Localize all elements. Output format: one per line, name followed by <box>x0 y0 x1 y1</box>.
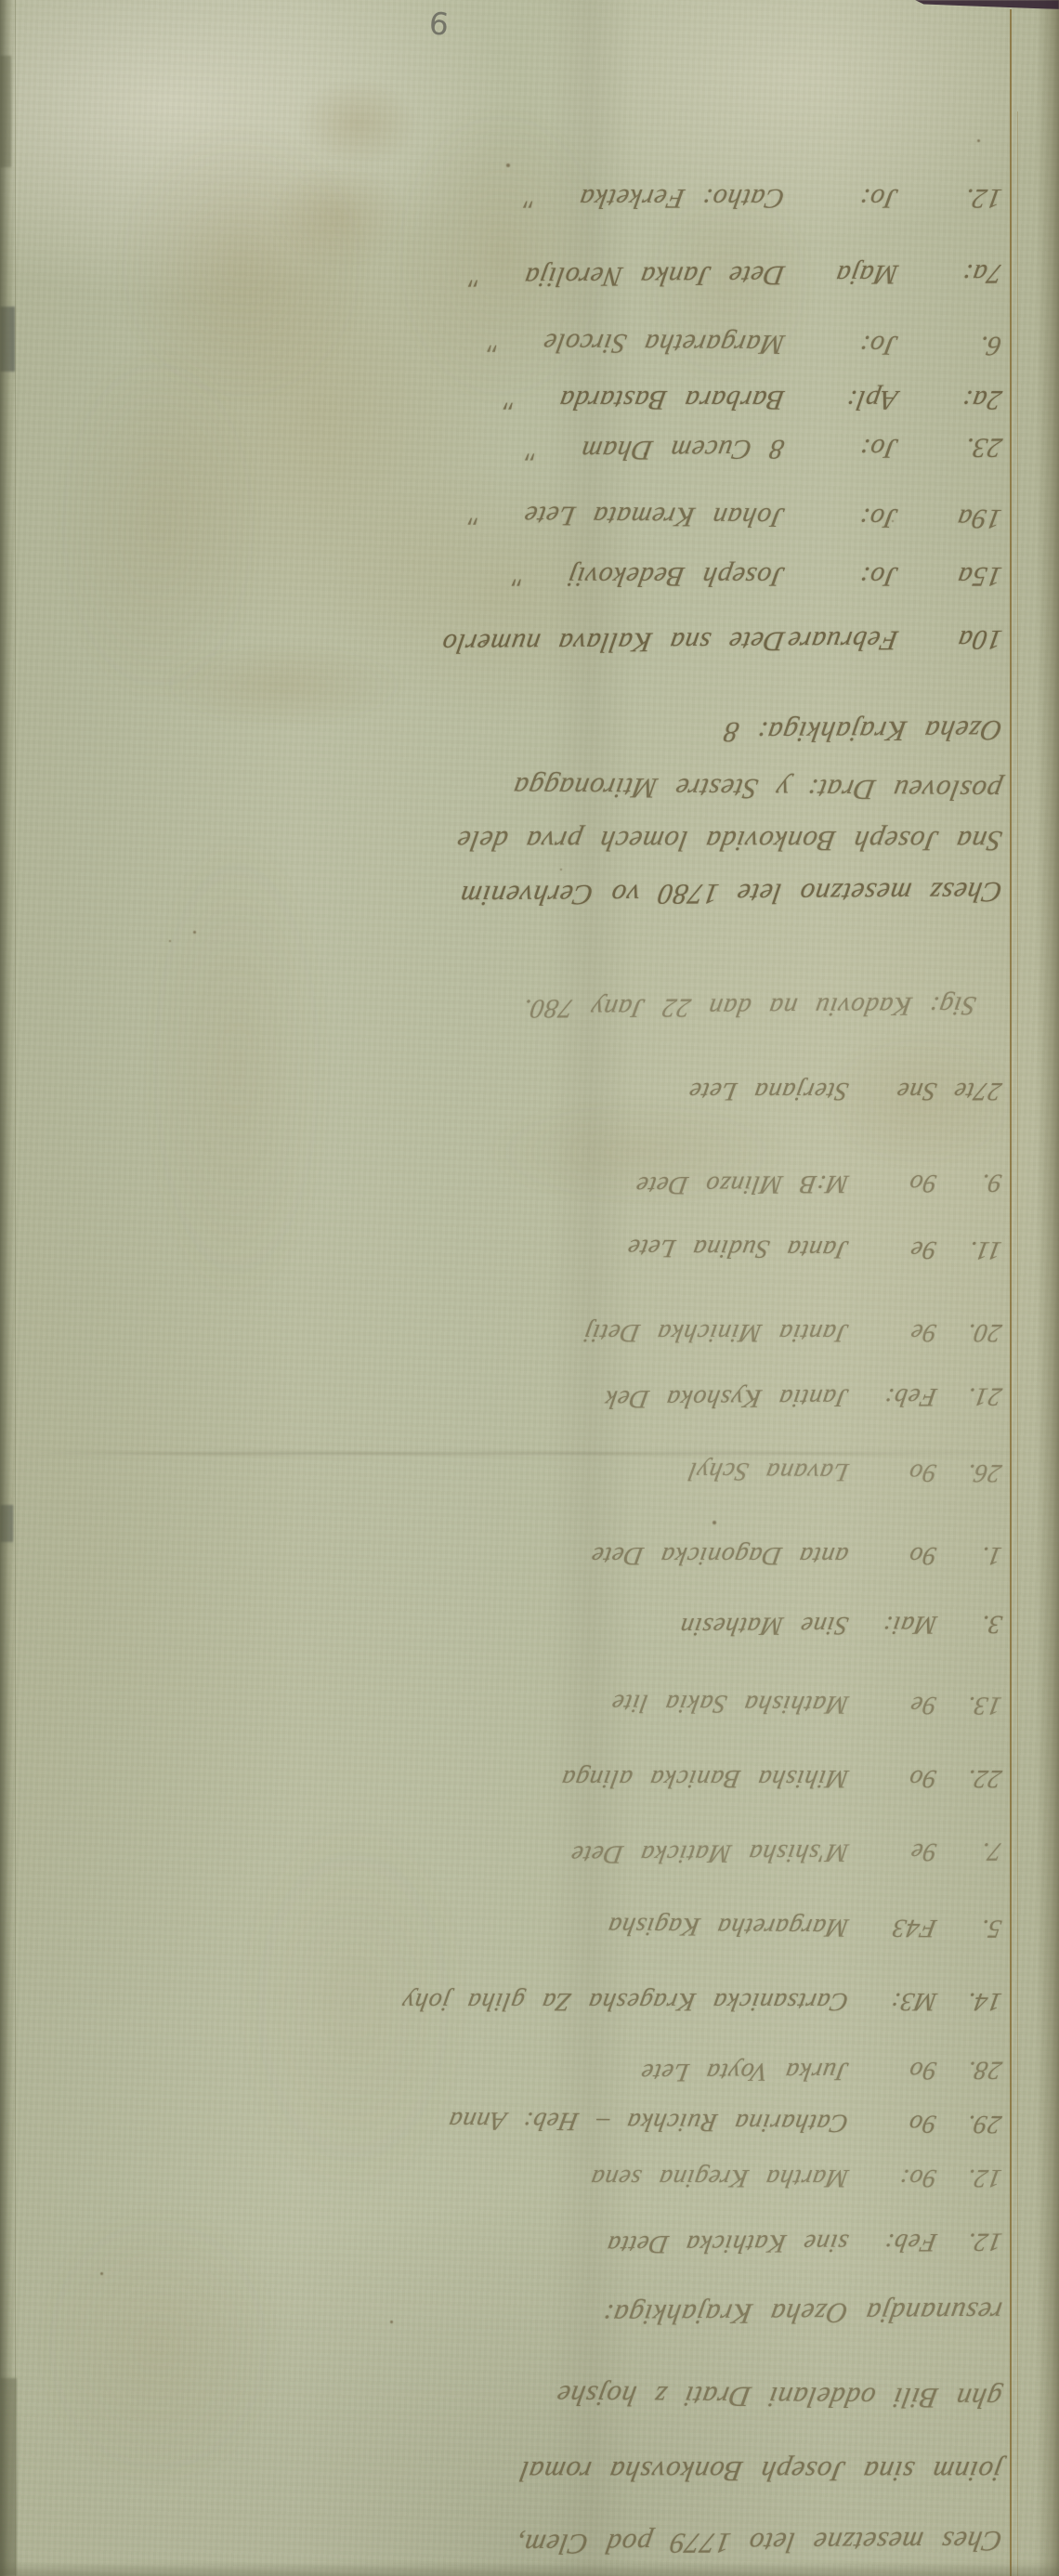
entry-date: 5. <box>934 1913 1004 1942</box>
entry-month: 9o <box>845 1457 939 1487</box>
ditto-mark: ʺ <box>510 561 528 592</box>
entry-row: 7.9eM'shisha Maticka Dete <box>569 1836 1004 1868</box>
entry-date: 12. <box>934 2227 1004 2256</box>
entry-date: 13. <box>934 1690 1004 1720</box>
entry-date: 26. <box>934 1458 1004 1487</box>
entry-name: anta Dagonicka Dete <box>588 1541 850 1570</box>
entry-row: 26.9oLavana Schyl <box>686 1456 1004 1487</box>
entry-name: Catho: Ferketka <box>577 183 787 214</box>
entry-month: Februare <box>781 624 900 657</box>
entry-date: 23. <box>895 431 1004 464</box>
entry-row: 28.9oJurka Voyta Lete <box>638 2055 1004 2087</box>
entry-name: Jantia Minichka Detij <box>582 1318 851 1347</box>
entry-name: Mathisha Sakia lite <box>608 1689 850 1720</box>
entry-row: 29.9oCatharina Ruichka – Heb: Anna <box>446 2105 1004 2138</box>
entry-row: 22.9oMihisha Banicka alinga <box>558 1763 1003 1793</box>
entry-date: 7a: <box>895 257 1004 290</box>
paragraph-line: joinm sina Joseph Bonkovsha romal <box>516 2454 1004 2488</box>
entry-month: 9e <box>845 1317 939 1347</box>
entry-date: 20. <box>934 1317 1004 1347</box>
entry-name: M:B Mlinzo Dete <box>634 1170 851 1200</box>
entry-month: 9e <box>845 1689 939 1720</box>
entry-name: Martha Kregina sena <box>588 2164 851 2192</box>
entry-date: 1. <box>934 1540 1004 1570</box>
entry-month: F43 <box>845 1912 939 1942</box>
entry-row: 9.9oM:B Mlinzo Dete <box>634 1168 1004 1200</box>
entry-row: 7a:MajaDete Janka Nerolijaʺ <box>466 257 1004 293</box>
entry-month: Apl: <box>781 384 900 415</box>
entry-name: M'shisha Maticka Dete <box>569 1838 851 1869</box>
entry-row: 21.Feb:Jantia Kyshoka Dek <box>602 1381 1004 1414</box>
entry-row: 20.9eJantia Minichka Detij <box>582 1317 1004 1347</box>
entry-name: Joseph Bedekovij <box>565 561 787 592</box>
entry-name: Jurka Voyta Lete <box>638 2057 850 2087</box>
paragraph-line: ghn Bili oddelani Drati z hojshe <box>554 2378 1004 2414</box>
entry-date: 15a <box>895 560 1004 592</box>
paragraph-line: Ozeha Krajahkiga: 8 <box>721 713 1004 749</box>
entry-row: 13.9eMathisha Sakia lite <box>608 1688 1003 1720</box>
flip-layer-rotated-180: Ches mesetzne leto 1779 pod Clem,joinm s… <box>0 0 1059 2576</box>
entry-month: Jo: <box>781 501 900 533</box>
entry-row: 12.Feb:sine Kathicka Detta <box>604 2227 1004 2259</box>
entry-row: 5.F43Margaretha Kagisha <box>605 1911 1003 1943</box>
entry-row: 19aJo:Johan Kremata Leteʺ <box>466 499 1004 534</box>
entry-month: Feb: <box>845 2227 939 2257</box>
ditto-mark: ʺ <box>466 262 484 293</box>
entry-name: Jantia Kyshoka Dek <box>602 1383 850 1414</box>
entry-name: Margaretha Sircole <box>541 327 787 360</box>
entry-date: 28. <box>934 2055 1004 2085</box>
entry-row: 11.9eJanta Sudina Lete <box>625 1233 1004 1265</box>
paragraph-line: resunandja Ozeha Krajahkiga: <box>600 2295 1005 2332</box>
entry-name: Dete sna Kallava numerlo <box>439 626 787 660</box>
entry-row: 14.M3:Cartsanicka Kragesha Za gliha johy <box>399 1986 1004 2016</box>
paragraph-line: Sna Joseph Bonkovida lomech prva dele <box>453 824 1004 857</box>
entry-name: Janta Sudina Lete <box>625 1234 851 1264</box>
entry-month: Jo: <box>781 328 900 360</box>
ditto-mark: ʺ <box>523 436 541 466</box>
entry-date: 14. <box>934 1986 1004 2016</box>
entry-month: Maja <box>781 258 900 291</box>
entry-month: Feb: <box>845 1381 939 1412</box>
entry-month: Sne <box>845 1076 939 1105</box>
entry-date: 2a: <box>895 384 1004 415</box>
entry-name: Margaretha Kagisha <box>605 1912 850 1942</box>
entry-month: 9o <box>845 2108 939 2138</box>
entry-month: Jo: <box>781 560 900 592</box>
entry-date: 6. <box>895 329 1004 361</box>
entry-date: 21. <box>934 1381 1004 1411</box>
entry-name: Sterjana Lete <box>686 1077 851 1105</box>
ditto-mark: ʺ <box>502 385 519 415</box>
entry-date: 7. <box>934 1836 1004 1865</box>
entry-month: Jo: <box>781 432 900 464</box>
paragraph-line: Sig: Kadoviu na dan 22 Jany 780. <box>520 989 978 1023</box>
entry-row: 1.9oanta Dagonicka Dete <box>588 1540 1003 1570</box>
entry-name: Cartsanicka Kragesha Za gliha johy <box>399 1987 851 2016</box>
ditto-mark: ʺ <box>521 183 539 214</box>
entry-name: Barbara Bastarda <box>556 385 787 415</box>
entry-date: 9. <box>934 1168 1004 1197</box>
entry-month: 9o: <box>845 2163 939 2192</box>
entry-row: 12.9o:Martha Kregina sena <box>588 2163 1004 2192</box>
entry-name: Mihisha Banicka alinga <box>558 1764 850 1793</box>
entry-row: 3.Mai:Sine Mathesin <box>677 1609 1004 1641</box>
entry-month: 9o <box>845 2055 939 2086</box>
entry-row: 23.Jo:8 Cucem Dhamʺ <box>523 431 1004 466</box>
entry-month: 9o <box>845 1540 939 1570</box>
manuscript-page: 6 Ches mesetzne leto 1779 pod Clem,joinm… <box>0 0 1059 2576</box>
entry-name: Catharina Ruichka – Heb: Anna <box>446 2106 851 2138</box>
entry-name: Johan Kremata Lete <box>521 500 787 532</box>
entry-date: 10a <box>895 623 1004 656</box>
paragraph-line: Chesz mesetzno lete 1780 vo Cerhvenim <box>457 875 1004 912</box>
entry-date: 27te <box>934 1076 1004 1105</box>
entry-date: 22. <box>934 1763 1004 1793</box>
entry-row: 27teSneSterjana Lete <box>686 1076 1004 1105</box>
entry-month: 9e <box>845 1234 939 1264</box>
entry-date: 19a <box>895 502 1004 534</box>
entry-name: Sine Mathesin <box>677 1611 850 1641</box>
entry-name: Dete Janka Nerolija <box>521 260 786 293</box>
paragraph-line: posloveu Drat: y Stestre Mtironagga <box>510 770 1004 807</box>
entry-month: Mai: <box>845 1609 939 1640</box>
entry-month: 9o <box>845 1168 939 1198</box>
entry-date: 12. <box>895 182 1004 214</box>
entry-row: 15aJo:Joseph Bedekovijʺ <box>510 560 1004 592</box>
entry-date: 29. <box>934 2109 1004 2138</box>
entry-row: 6.Jo:Margaretha Sircoleʺ <box>485 326 1003 361</box>
entry-date: 12. <box>934 2163 1004 2192</box>
entry-date: 3. <box>934 1609 1004 1639</box>
entry-month: 9o <box>845 1763 939 1793</box>
paragraph-line: Ches mesetzne leto 1779 pod Clem, <box>513 2524 1004 2561</box>
entry-row: 2a:Apl:Barbara Bastardaʺ <box>502 384 1004 415</box>
entry-name: sine Kathicka Detta <box>604 2229 850 2259</box>
entry-row: 10aFebruareDete sna Kallava numerlo <box>439 623 1004 659</box>
entry-row: 12.Jo:Catho: Ferketkaʺ <box>521 182 1004 214</box>
entry-month: 9e <box>845 1837 939 1867</box>
entry-month: M3: <box>845 1986 939 2016</box>
entry-date: 11. <box>934 1235 1004 1264</box>
entry-name: 8 Cucem Dham <box>579 434 787 466</box>
entry-name: Lavana Schyl <box>686 1457 851 1486</box>
ditto-mark: ʺ <box>485 327 503 358</box>
entry-month: Jo: <box>781 182 900 214</box>
ditto-mark: ʺ <box>466 500 484 530</box>
